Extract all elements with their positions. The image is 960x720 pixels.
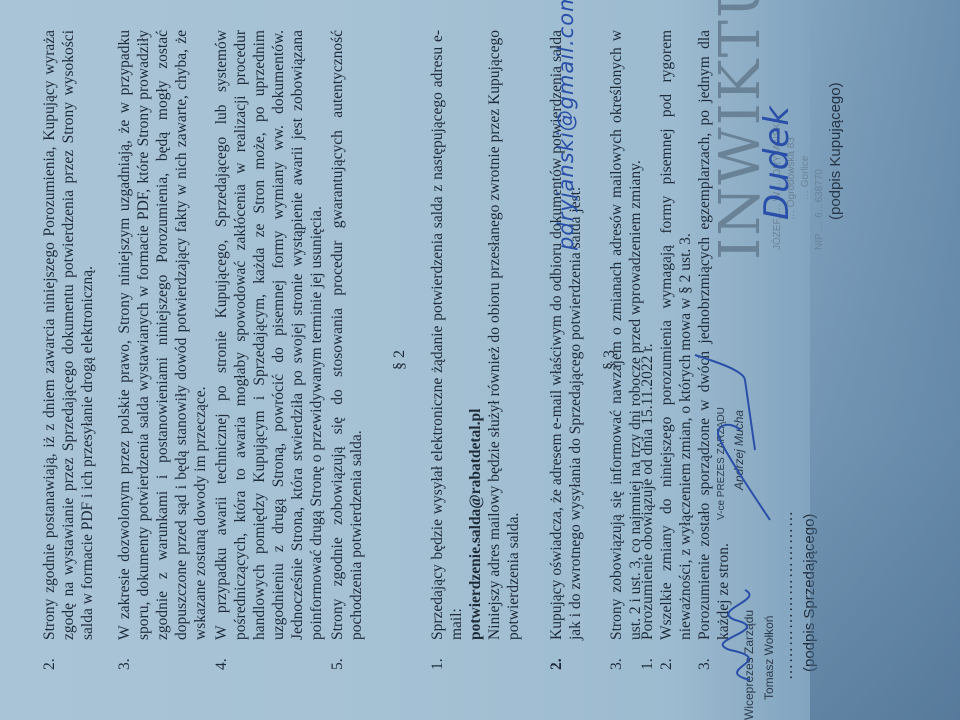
section-1-item-4: 4. W przypadku awarii technicznej po str… <box>212 30 326 670</box>
item-text-after: Niniejszy adres mailowy będzie służył ró… <box>486 30 522 640</box>
item-number: 2. <box>547 640 585 670</box>
item-text-before: Sprzedający będzie wysyłał elektroniczne… <box>429 30 465 640</box>
handwritten-buyer-email: pdryjanski@gmail.com <box>557 0 576 250</box>
section-2-item-1: 1. Sprzedający będzie wysyłał elektronic… <box>428 30 523 670</box>
stamp-line-4: NIP … 6…638770 <box>814 169 826 250</box>
item-number: 1. <box>428 640 523 670</box>
item-text: Strony zgodnie postanawiają, iż z dniem … <box>40 30 97 640</box>
item-number: 1. <box>638 640 657 670</box>
item-number: 5. <box>328 640 366 670</box>
item-text: Strony zgodnie zobowiązują się do stosow… <box>328 30 366 640</box>
section-2-heading: § 2 <box>390 0 409 720</box>
document-page: 2. Strony zgodnie postanawiają, iż z dni… <box>0 0 960 720</box>
stamp-line-3: … Gorlice <box>800 156 812 200</box>
section-1-list: 2. Strony zgodnie postanawiają, iż z dni… <box>40 30 366 670</box>
section-1-item-3: 3. W zakresie dozwolonym przez polskie p… <box>115 30 210 670</box>
item-text: W zakresie dozwolonym przez polskie praw… <box>115 30 210 640</box>
section-3-item-1: 1. Porozumienie obowiązuje od dnia 15.11… <box>638 30 657 670</box>
section-1-item-5: 5. Strony zgodnie zobowiązują się do sto… <box>328 30 366 670</box>
buyer-handwritten-signature: Dudek <box>768 105 787 220</box>
seller-email: potwierdzenie.salda@rabatdetal.pl <box>467 409 484 640</box>
section-3-heading: § 3 <box>600 0 619 720</box>
section-1-item-2: 2. Strony zgodnie postanawiają, iż z dni… <box>40 30 97 670</box>
item-number: 4. <box>212 640 326 670</box>
item-text: Porozumienie obowiązuje od dnia 15.11.20… <box>638 30 657 640</box>
seller-signature-label: (podpis Sprzedającego) <box>800 514 819 672</box>
section-2-item-2: 2. Kupujący oświadcza, że adresem e-mail… <box>547 30 585 670</box>
item-text: W przypadku awarii technicznej po stroni… <box>212 30 326 640</box>
item-number: 3. <box>115 640 210 670</box>
buyer-signature-label: (podpis Kupującego) <box>826 82 845 220</box>
item-text: Sprzedający będzie wysyłał elektroniczne… <box>428 30 523 640</box>
item-number: 2. <box>40 640 97 670</box>
seller-signature-dots: ………………………… <box>778 510 797 680</box>
